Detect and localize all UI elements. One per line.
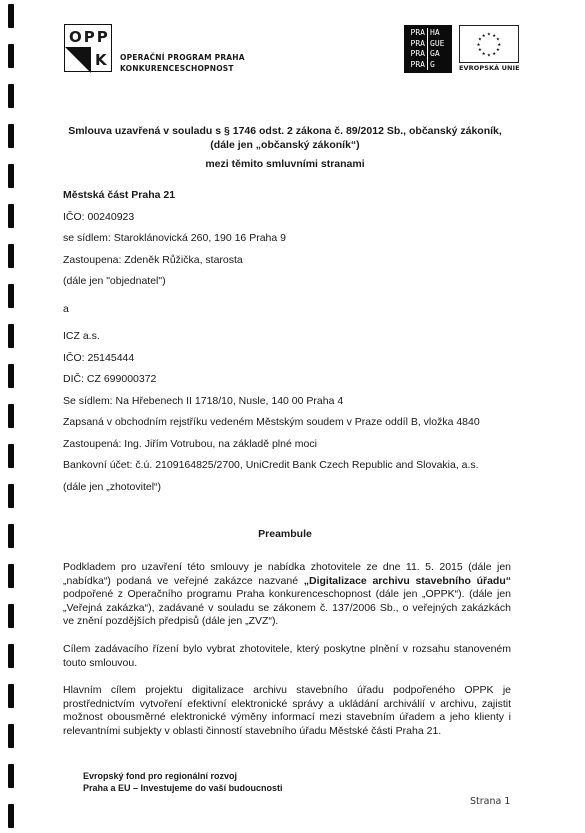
party-client: Městská část Praha 21 IČO: 00240923 se s… — [63, 185, 286, 293]
party-contractor-dic: DIČ: CZ 699000372 — [63, 369, 480, 391]
svg-text:★: ★ — [476, 42, 481, 48]
svg-text:★: ★ — [496, 37, 501, 43]
eu-logo: ★★★★★★★★★★★★ EVROPSKÁ UNIE — [459, 25, 519, 73]
binder-hole — [8, 364, 14, 388]
preamble-paragraph-3: Hlavním cílem projektu digitalizace arch… — [63, 684, 511, 738]
binder-hole — [8, 244, 14, 268]
oppk-program-line2: KONKURENCESCHOPNOST — [120, 63, 245, 74]
binder-hole — [8, 644, 14, 668]
page-number: Strana 1 — [470, 796, 510, 807]
binder-hole — [8, 124, 14, 148]
binder-hole — [8, 44, 14, 68]
oppk-triangle-icon — [65, 47, 91, 73]
footer-line2: Praha a EU – Investujeme do vaší budoucn… — [83, 782, 283, 794]
party-client-represented: Zastoupena: Zdeněk Růžička, starosta — [63, 250, 286, 272]
binder-hole — [8, 204, 14, 228]
binder-hole — [8, 4, 14, 28]
preamble-paragraph-2: Cílem zadávacího řízení bylo vybrat zhot… — [63, 643, 511, 670]
party-contractor-ico: IČO: 25145444 — [63, 348, 480, 370]
party-contractor-bank: Bankovní účet: č.ú. 2109164825/2700, Uni… — [63, 455, 480, 477]
binder-hole — [8, 724, 14, 748]
binder-hole — [8, 84, 14, 108]
oppk-logo-k-text: K — [95, 51, 107, 69]
binder-hole — [8, 804, 14, 828]
party-contractor-name: ICZ a.s. — [63, 326, 480, 348]
oppk-logo: OPP K — [64, 24, 114, 74]
oppk-program-line1: OPERAČNÍ PROGRAM PRAHA — [120, 52, 245, 63]
oppk-logo-box: OPP K — [64, 24, 112, 72]
binder-hole — [8, 604, 14, 628]
contract-subtitle: mezi těmito smluvními stranami — [60, 158, 510, 170]
party-contractor-register: Zapsaná v obchodním rejstříku vedeném Mě… — [63, 412, 480, 434]
party-client-seat: se sídlem: Staroklánovická 260, 190 16 P… — [63, 228, 286, 250]
svg-text:★: ★ — [487, 52, 492, 58]
party-contractor-represented: Zastoupená: Ing. Jiřím Votrubou, na zákl… — [63, 434, 480, 456]
svg-text:★: ★ — [497, 42, 502, 48]
binder-hole — [8, 444, 14, 468]
binder-hole — [8, 284, 14, 308]
praha-logo-row: PRAHA — [404, 28, 452, 39]
party-contractor-seat: Se sídlem: Na Hřebenech II 1718/10, Nusl… — [63, 391, 480, 413]
preamble-heading: Preambule — [60, 528, 510, 540]
eu-stars-icon: ★★★★★★★★★★★★ — [459, 25, 519, 63]
party-client-alias: (dále jen "objednatel") — [63, 271, 286, 293]
praha-logo: PRAHA PRAGUE PRAGA PRAG — [404, 25, 452, 73]
binder-hole — [8, 164, 14, 188]
oppk-program-name: OPERAČNÍ PROGRAM PRAHA KONKURENCESCHOPNO… — [120, 52, 245, 74]
svg-text:★: ★ — [496, 47, 501, 53]
party-contractor-alias: (dále jen „zhotovitel“) — [63, 477, 480, 499]
binder-hole — [8, 684, 14, 708]
oppk-logo-top-text: OPP — [69, 28, 110, 46]
contract-title: Smlouva uzavřená v souladu s § 1746 odst… — [60, 124, 510, 152]
praha-logo-row: PRAGUE — [404, 39, 452, 50]
page-footer: Evropský fond pro regionální rozvoj Prah… — [83, 770, 283, 794]
svg-text:★: ★ — [482, 51, 487, 57]
praha-logo-row: PRAGA — [404, 49, 452, 60]
binder-hole — [8, 764, 14, 788]
party-client-ico: IČO: 00240923 — [63, 207, 286, 229]
binder-hole — [8, 404, 14, 428]
party-client-name: Městská část Praha 21 — [63, 185, 286, 207]
praha-logo-row: PRAG — [404, 60, 452, 71]
binder-hole — [8, 324, 14, 348]
svg-text:★: ★ — [482, 33, 487, 39]
footer-line1: Evropský fond pro regionální rozvoj — [83, 770, 283, 782]
binder-hole — [8, 484, 14, 508]
eu-label: EVROPSKÁ UNIE — [459, 64, 520, 72]
binder-hole — [8, 524, 14, 548]
binder-holes — [8, 0, 14, 833]
svg-text:★: ★ — [487, 31, 492, 37]
and-separator: a — [63, 303, 69, 315]
preamble-paragraph-1: Podkladem pro uzavření této smlouvy je n… — [63, 561, 511, 629]
project-name: „Digitalizace archivu stavebního úřadu“ — [304, 575, 511, 587]
party-contractor: ICZ a.s. IČO: 25145444 DIČ: CZ 699000372… — [63, 326, 480, 498]
binder-hole — [8, 564, 14, 588]
